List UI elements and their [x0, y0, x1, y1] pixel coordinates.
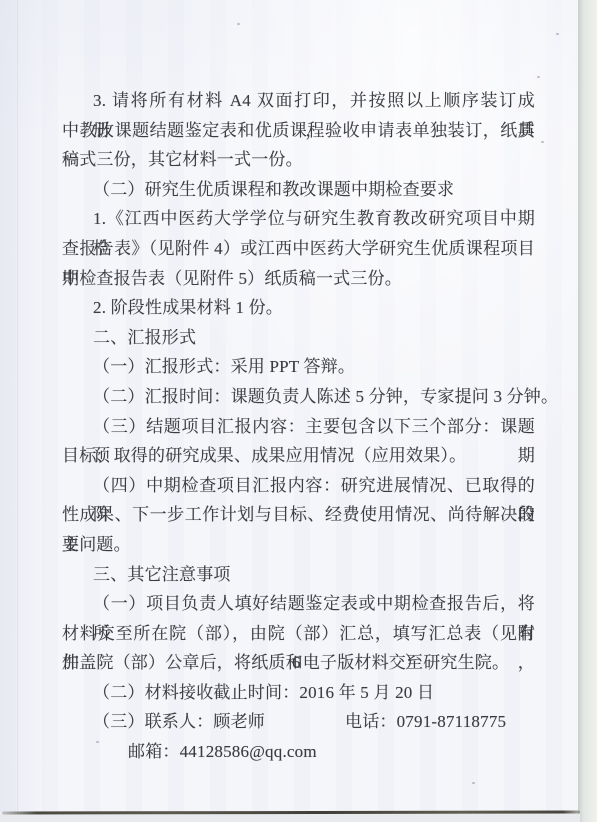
document-body: 3. 请将所有材料 A4 双面打印，并按照以上顺序装订成册，其 中教改课题结题鉴… [62, 86, 535, 767]
scanned-page: 3. 请将所有材料 A4 双面打印，并按照以上顺序装订成册，其 中教改课题结题鉴… [0, 0, 579, 813]
doc-line: （一）汇报形式：采用 PPT 答辩。 [62, 352, 535, 382]
scan-speck [96, 741, 99, 743]
contact-person: （三）联系人：顾老师 [93, 712, 265, 731]
doc-line: 材料交至所在院（部），由院（部）汇总，填写汇总表（见附件 6）， [62, 619, 535, 649]
doc-line: 查报告表》（见附件 4）或江西中医药大学研究生优质课程项目中 [62, 234, 535, 264]
doc-line: 目标、取得的研究成果、成果应用情况（应用效果）。 [62, 441, 535, 471]
scanner-edge-band [578, 0, 597, 822]
paper-fold-line [17, 0, 18, 813]
doc-section-heading: （二）研究生优质课程和教改课题中期检查要求 [62, 175, 535, 205]
doc-line: 2. 阶段性成果材料 1 份。 [62, 293, 535, 323]
doc-line: 中教改课题结题鉴定表和优质课程验收申请表单独装订，纸质稿 [62, 116, 535, 146]
scanner-below-edge [0, 814, 580, 822]
doc-line: 3. 请将所有材料 A4 双面打印，并按照以上顺序装订成册，其 [62, 86, 535, 116]
doc-line: 要问题。 [62, 530, 535, 560]
doc-line: 一式三份，其它材料一式一份。 [62, 145, 535, 175]
doc-line: （三）结题项目汇报内容：主要包含以下三个部分：课题预期 [62, 412, 535, 442]
doc-line: （一）项目负责人填好结题鉴定表或中期检查报告后，将所有 [62, 589, 535, 619]
scan-speck [537, 76, 540, 78]
contact-email: 邮箱：44128586@qq.com [62, 737, 535, 767]
doc-line: 1.《江西中医药大学学位与研究生教育教改研究项目中期检 [62, 204, 535, 234]
contact-phone: 电话：0791-87118775 [345, 707, 506, 737]
doc-line: （四）中期检查项目汇报内容：研究进展情况、已取得的阶段 [62, 471, 535, 501]
doc-section-heading: 三、其它注意事项 [62, 560, 535, 590]
doc-line: 加盖院（部）公章后，将纸质和电子版材料交至研究生院。 [62, 648, 535, 678]
scan-speck [237, 23, 240, 25]
scan-viewport: 3. 请将所有材料 A4 双面打印，并按照以上顺序装订成册，其 中教改课题结题鉴… [0, 0, 597, 822]
doc-line: 性成果、下一步工作计划与目标、经费使用情况、尚待解决的主 [62, 500, 535, 530]
doc-section-heading: 二、汇报形式 [62, 323, 535, 353]
scan-speck [506, 208, 509, 210]
scan-speck [472, 782, 475, 784]
doc-line: 期检查报告表（见附件 5）纸质稿一式三份。 [62, 264, 535, 294]
doc-line: （二）材料接收截止时间：2016 年 5 月 20 日 [62, 678, 535, 708]
scan-speck [556, 33, 559, 35]
scan-speck [541, 141, 544, 143]
doc-line: （二）汇报时间：课题负责人陈述 5 分钟，专家提问 3 分钟。 [62, 382, 535, 412]
contact-line: （三）联系人：顾老师 电话：0791-87118775 [62, 707, 535, 737]
